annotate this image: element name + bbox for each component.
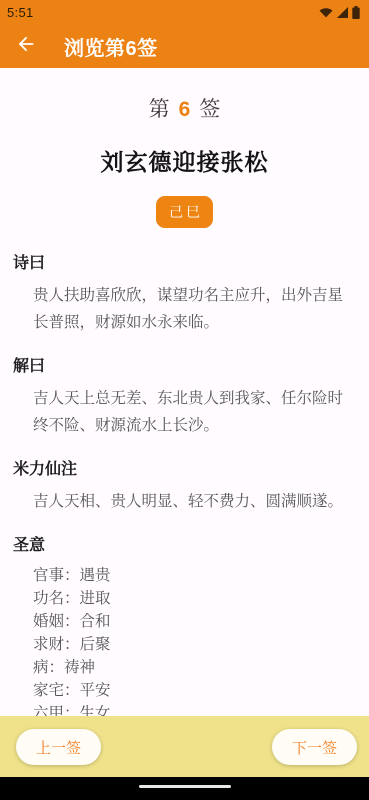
sign-detail-scroll[interactable]: 第6签 刘玄德迎接张松 己巳 诗曰 贵人扶助喜欣欣，谋望功名主应升，出外吉星长普… [0, 68, 369, 777]
row-value: 后聚 [80, 636, 111, 653]
section-heading-immortal-note: 米力仙注 [0, 456, 369, 479]
shengyi-row-gongming: 功名：进取 [33, 587, 356, 610]
bottom-action-bar: 上一签 下一签 [0, 716, 369, 777]
wifi-icon [319, 7, 333, 18]
shengyi-row-bing: 病：祷神 [33, 656, 356, 679]
row-label: 求财 [33, 636, 64, 653]
row-separator: ： [64, 567, 80, 584]
row-separator: ： [64, 590, 80, 607]
clock: 5:51 [7, 5, 34, 20]
home-indicator[interactable] [139, 785, 231, 788]
back-button[interactable] [6, 26, 46, 66]
app-screen: 5:51 浏览第6签 第6签 刘玄德迎接张松 己巳 [0, 0, 369, 800]
next-sign-button[interactable]: 下一签 [272, 729, 357, 765]
row-label: 病 [33, 659, 49, 676]
immortal-note-text: 吉人天相、贵人明显、轻不费力、圆满顺遂。 [33, 488, 356, 515]
row-label: 官事 [33, 567, 64, 584]
row-separator: ： [49, 659, 65, 676]
row-value: 祷神 [64, 659, 95, 676]
cycle-badge: 己巳 [156, 196, 213, 228]
gesture-nav-bar [0, 777, 369, 800]
app-bar: 浏览第6签 [0, 24, 369, 68]
row-value: 进取 [80, 590, 111, 607]
signal-icon [336, 7, 349, 18]
section-heading-poem: 诗曰 [0, 250, 369, 273]
row-value: 遇贵 [80, 567, 111, 584]
poem-text: 贵人扶助喜欣欣，谋望功名主应升，出外吉星长普照，财源如水永来临。 [33, 282, 356, 336]
shengyi-row-guanshi: 官事：遇贵 [33, 564, 356, 587]
status-icons [319, 6, 360, 19]
status-bar: 5:51 [0, 0, 369, 24]
row-label: 家宅 [33, 682, 64, 699]
explain-text: 吉人天上总无差、东北贵人到我家、任尔险时终不险、财源流水上长沙。 [33, 385, 356, 439]
row-label: 功名 [33, 590, 64, 607]
row-value: 合和 [80, 613, 111, 630]
sign-number-prefix: 第 [149, 98, 170, 121]
prev-sign-button[interactable]: 上一签 [16, 729, 101, 765]
shengyi-row-jiazhai: 家宅：平安 [33, 679, 356, 702]
row-label: 婚姻 [33, 613, 64, 630]
section-heading-explain: 解曰 [0, 353, 369, 376]
row-value: 平安 [80, 682, 111, 699]
battery-icon [352, 6, 360, 19]
sign-number-value: 6 [179, 98, 191, 121]
row-separator: ： [64, 636, 80, 653]
sign-number-line: 第6签 [0, 93, 369, 123]
row-separator: ： [64, 613, 80, 630]
sign-number-suffix: 签 [199, 98, 220, 121]
section-heading-shengyi: 圣意 [0, 532, 369, 555]
sign-name: 刘玄德迎接张松 [0, 144, 369, 177]
shengyi-row-hunyin: 婚姻：合和 [33, 610, 356, 633]
shengyi-row-qiucai: 求财：后聚 [33, 633, 356, 656]
page-title: 浏览第6签 [64, 32, 158, 61]
row-separator: ： [64, 682, 80, 699]
arrow-left-icon [15, 33, 37, 60]
cycle-badge-wrap: 己巳 [0, 196, 369, 228]
